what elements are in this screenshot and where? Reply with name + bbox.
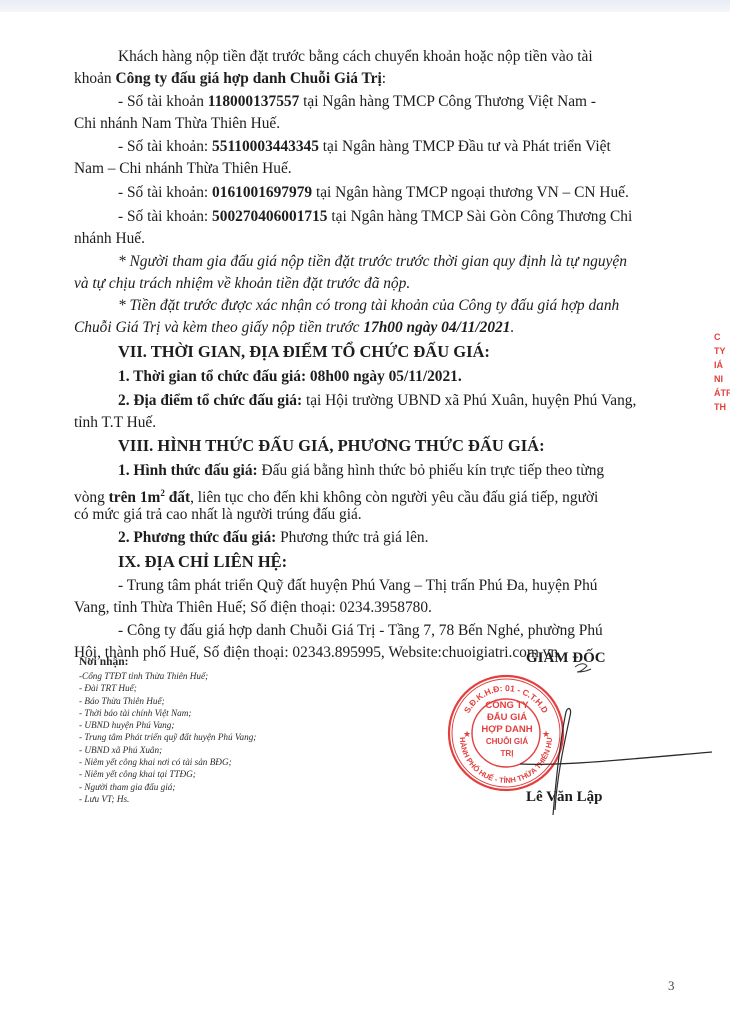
- bleed-glyph: TY: [714, 344, 730, 358]
- document-page: Khách hàng nộp tiền đặt trước bằng cách …: [0, 0, 730, 1033]
- handwritten-signature: [0, 0, 730, 1033]
- bleed-glyph: C: [714, 330, 730, 344]
- page-number: 3: [668, 978, 675, 994]
- bleed-glyph: ÁTF: [714, 386, 730, 400]
- bleed-through-stamp: CTYIÁNIÁTFTH: [714, 330, 730, 414]
- bleed-glyph: NI: [714, 372, 730, 386]
- signer-name: Lê Văn Lập: [526, 789, 602, 806]
- bleed-glyph: IÁ: [714, 358, 730, 372]
- bleed-glyph: TH: [714, 400, 730, 414]
